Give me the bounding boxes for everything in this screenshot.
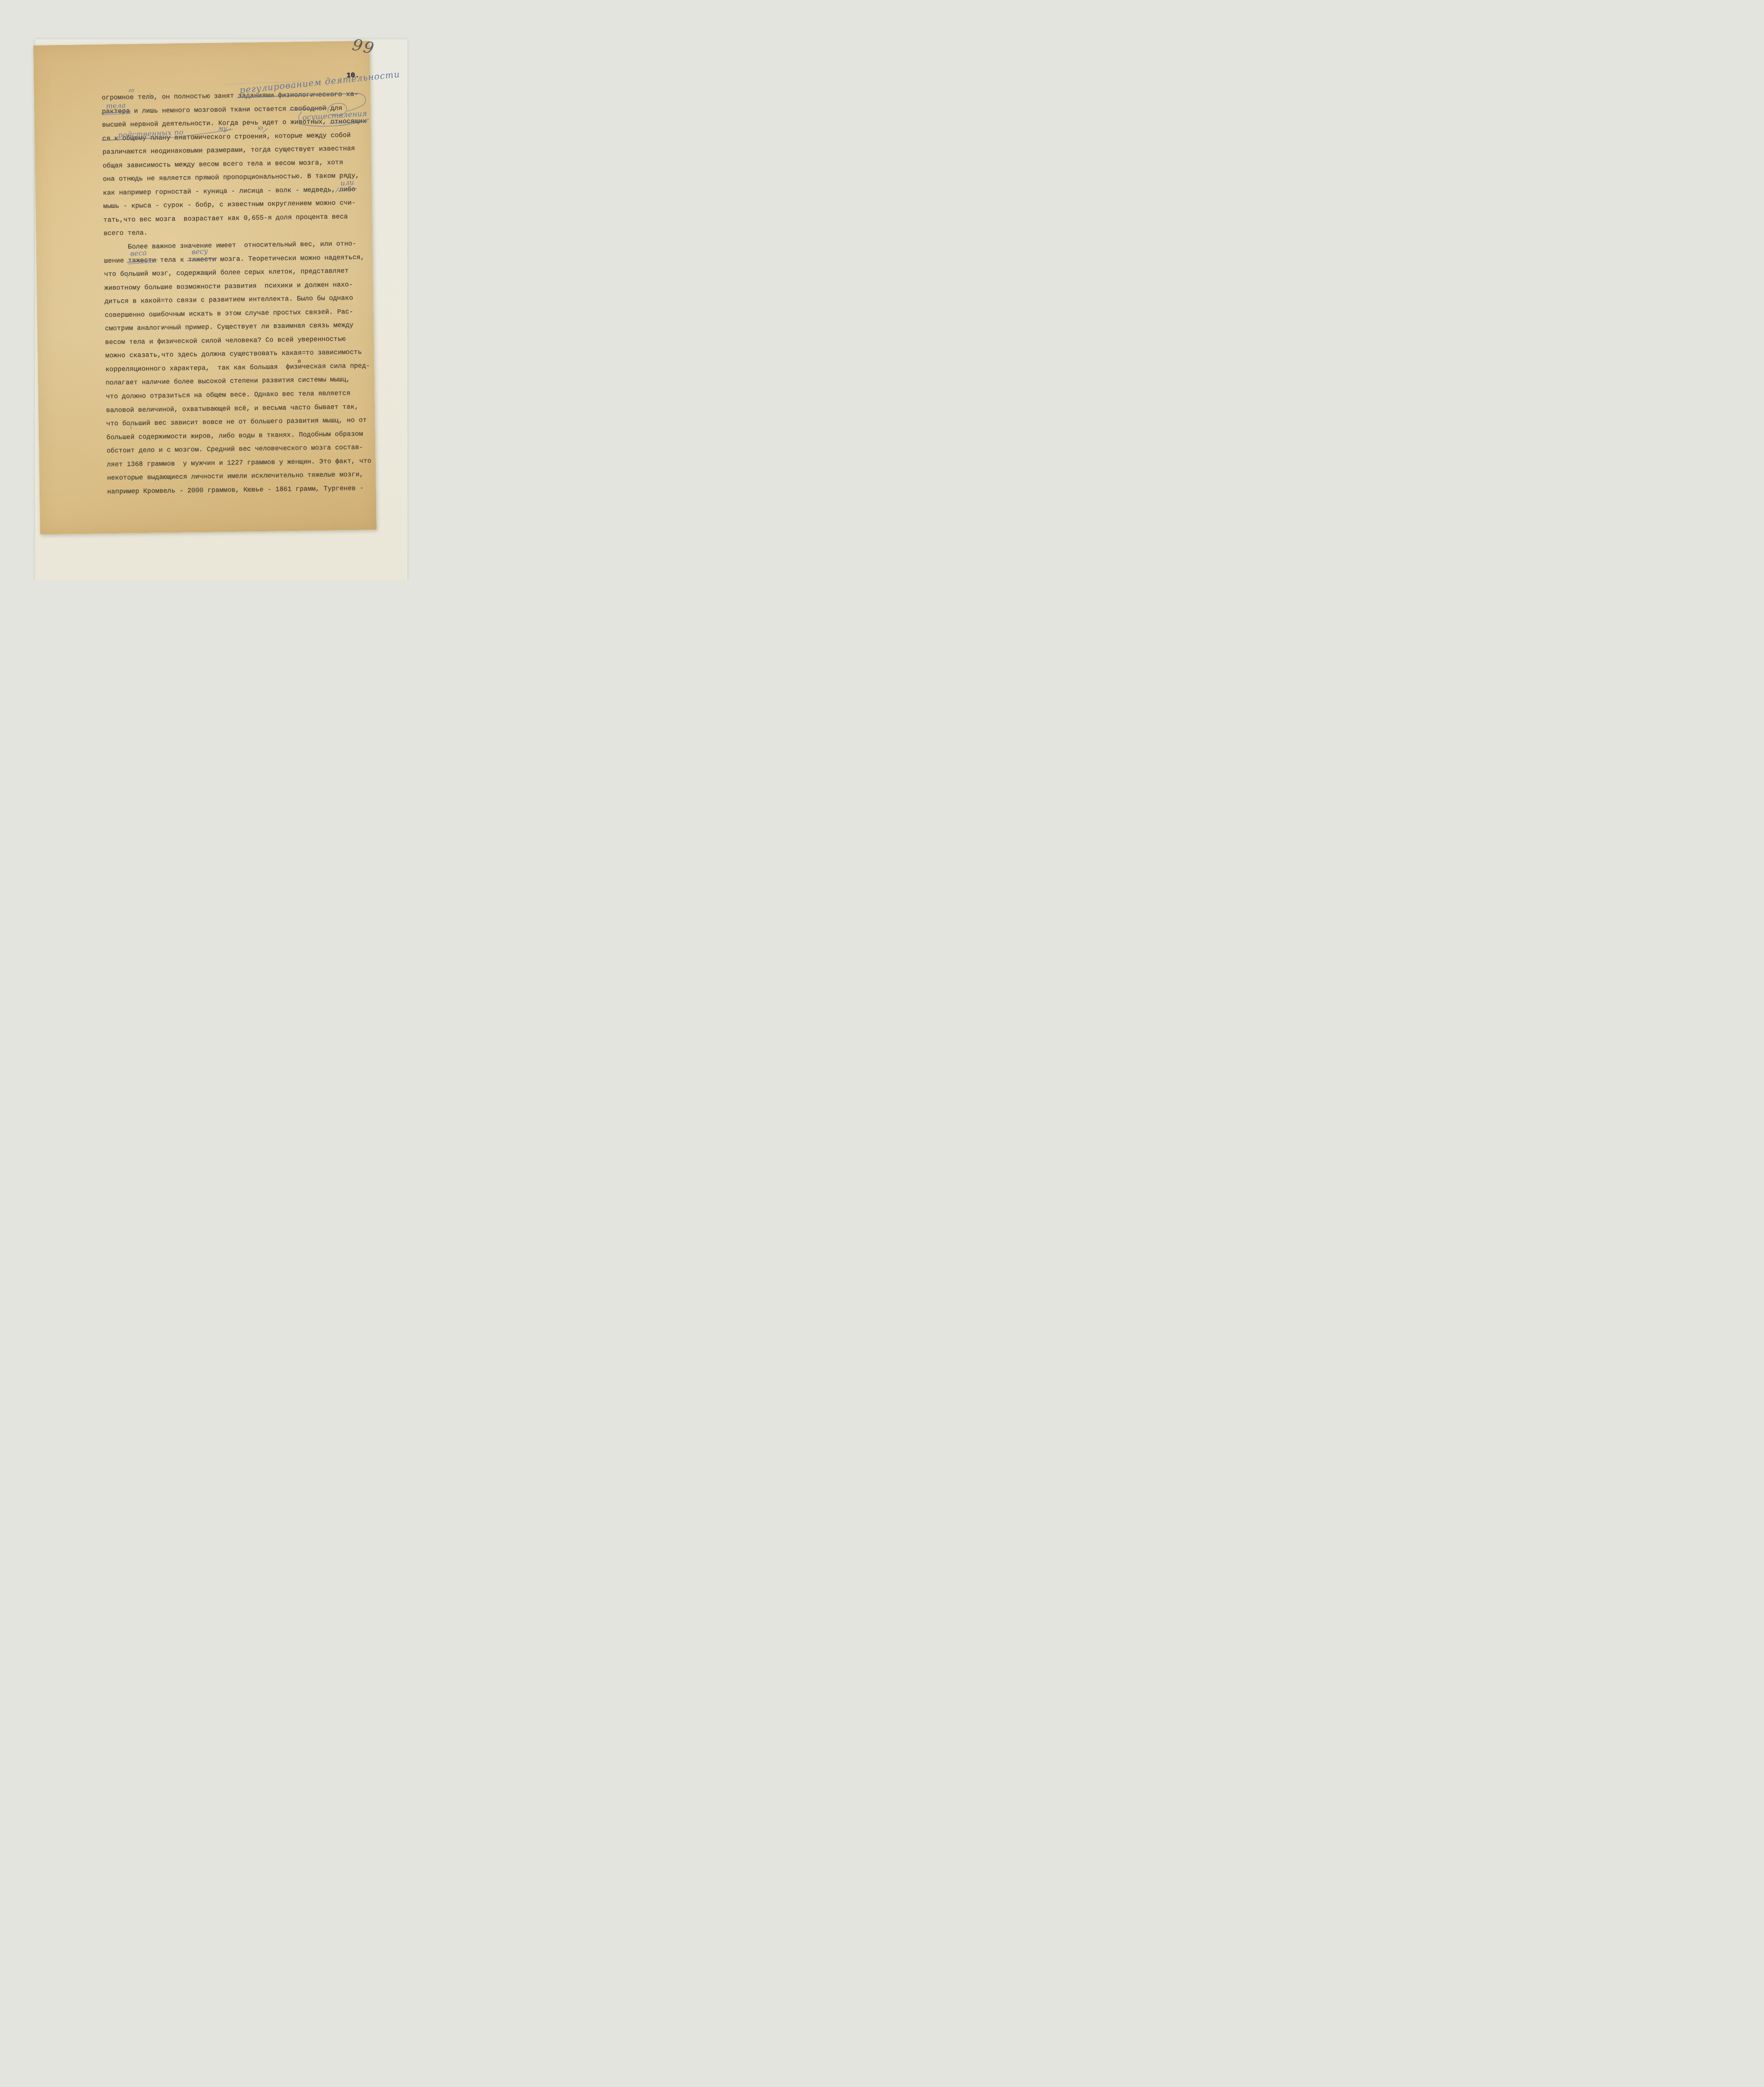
handwritten-replacement-ili: или [340, 178, 354, 188]
manuscript-page: 99 10. огромное тело, он полностью занят… [33, 40, 377, 534]
scanned-document: 99 10. огромное тело, он полностью занят… [0, 0, 441, 580]
handwritten-replacement-vesa: веса [130, 249, 147, 258]
handwritten-replacement-vesu: весу [191, 247, 208, 257]
handwritten-superscript-yu: ю [258, 124, 263, 131]
handwritten-superscript-go: го [128, 87, 134, 93]
handwritten-superscript-mu: му [218, 124, 227, 132]
handwritten-replacement-tela: тела [106, 101, 126, 111]
typed-correction-ya: я [297, 358, 301, 365]
